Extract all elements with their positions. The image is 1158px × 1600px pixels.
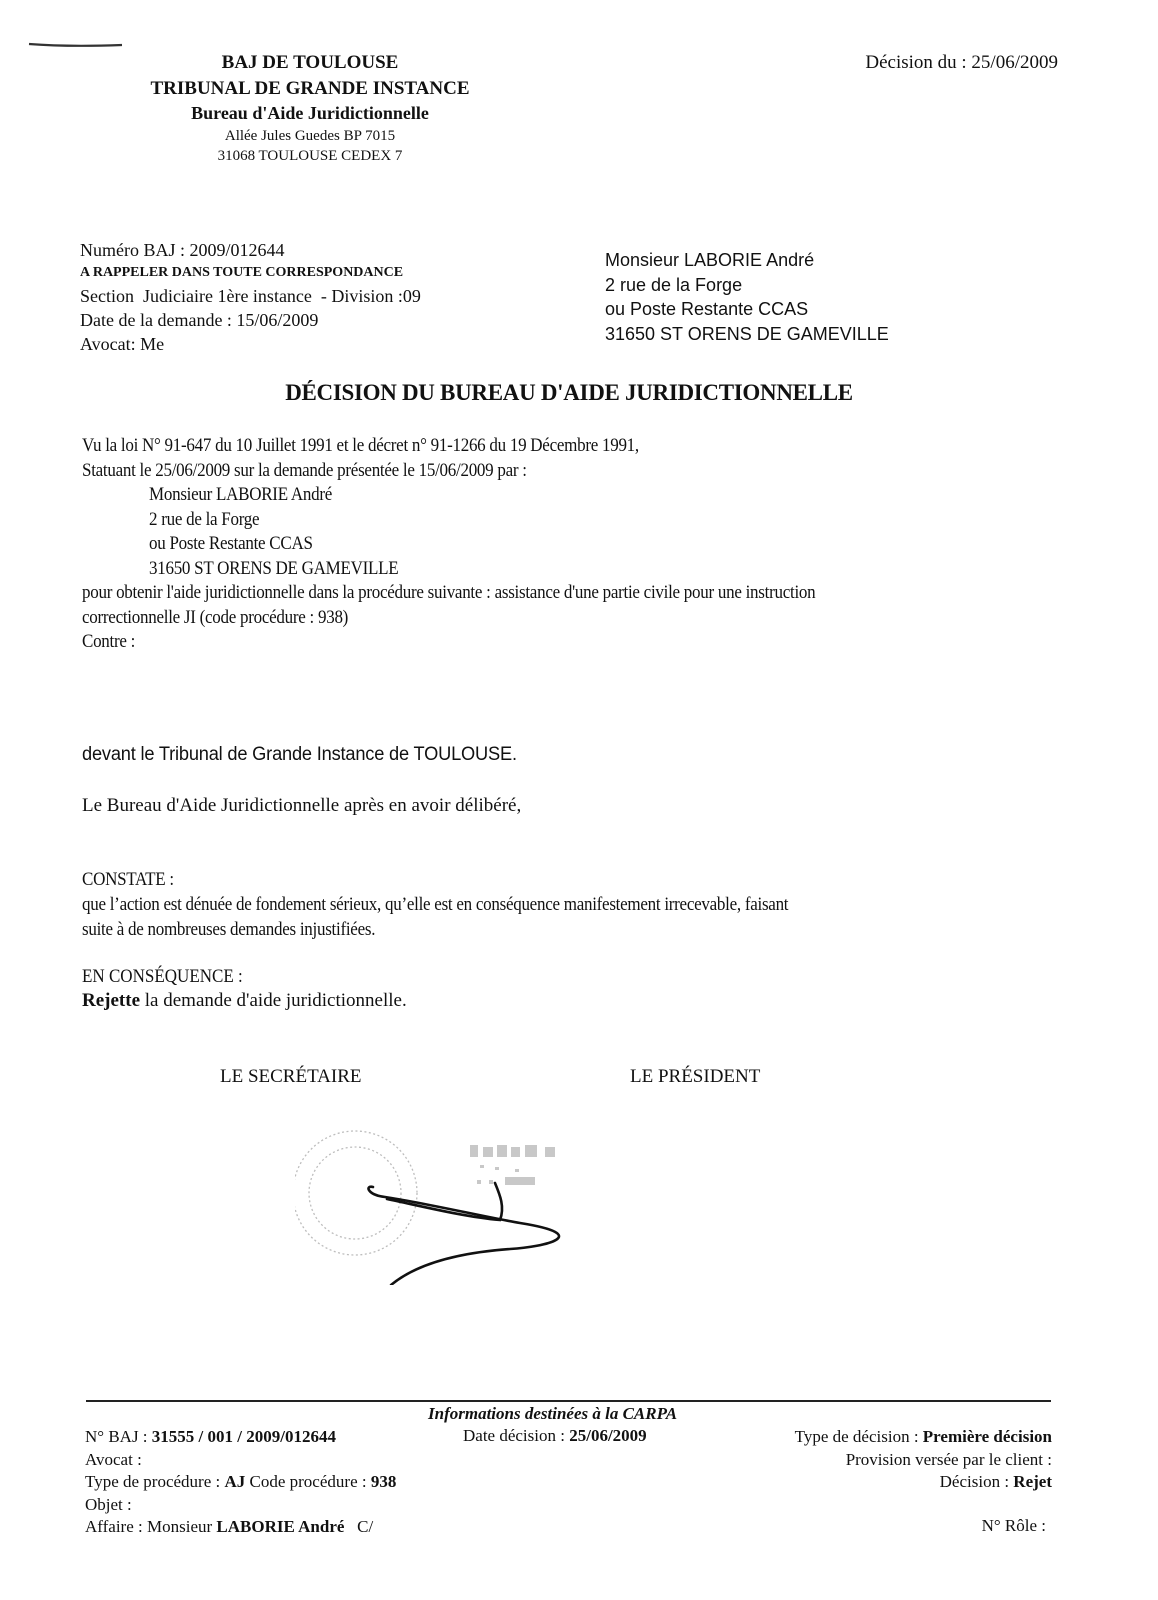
deliberation-line: Le Bureau d'Aide Juridictionnelle après … (82, 795, 521, 817)
issuer-bureau: Bureau d'Aide Juridictionnelle (120, 101, 500, 126)
consequence-heading: EN CONSÉQUENCE : (82, 965, 243, 990)
carpa-title: Informations destinées à la CARPA (428, 1404, 677, 1424)
reference-block: Numéro BAJ : 2009/012644 A RAPPELER DANS… (80, 238, 421, 356)
purpose-line-2: correctionnelle JI (code procédure : 938… (82, 606, 348, 631)
issuer-header: BAJ DE TOULOUSE TRIBUNAL DE GRANDE INSTA… (120, 50, 500, 166)
issuer-name: BAJ DE TOULOUSE (120, 50, 500, 76)
carpa-decision-value: Rejet (1013, 1472, 1052, 1491)
pen-mark (28, 42, 124, 48)
findings-line-1: que l’action est dénuée de fondement sér… (82, 893, 788, 918)
recipient-address: Monsieur LABORIE André 2 rue de la Forge… (605, 248, 889, 346)
decision-date: Décision du : 25/06/2009 (865, 52, 1058, 74)
findings-heading: CONSTATE : (82, 868, 174, 893)
recipient-street: 2 rue de la Forge (605, 273, 889, 298)
document-title-text: DÉCISION DU BUREAU D'AIDE JURIDICTIONNEL… (285, 380, 853, 405)
president-signature-label: LE PRÉSIDENT (630, 1066, 760, 1088)
carpa-role-number: N° Rôle : (982, 1516, 1046, 1536)
legal-basis: Vu la loi N° 91-647 du 10 Juillet 1991 e… (82, 434, 639, 459)
applicant-city: 31650 ST ORENS DE GAMEVILLE (149, 557, 398, 582)
applicant-name: Monsieur LABORIE André (149, 483, 332, 508)
verdict-keyword: Rejette (82, 990, 140, 1011)
carpa-decision: Décision : Rejet (795, 1471, 1052, 1494)
issuer-address: Allée Jules Guedes BP 7015 (120, 126, 500, 146)
carpa-baj-number: N° BAJ : 31555 / 001 / 2009/012644 (85, 1426, 396, 1449)
findings-line-2: suite à de nombreuses demandes injustifi… (82, 918, 375, 943)
carpa-left-column: N° BAJ : 31555 / 001 / 2009/012644 Avoca… (85, 1426, 396, 1539)
footer-divider (86, 1400, 1051, 1402)
recipient-city: 31650 ST ORENS DE GAMEVILLE (605, 322, 889, 347)
issuer-court: TRIBUNAL DE GRANDE INSTANCE (120, 76, 500, 101)
carpa-baj-number-value: 31555 / 001 / 2009/012644 (152, 1427, 336, 1446)
carpa-procedure: Type de procédure : AJ Code procédure : … (85, 1471, 396, 1494)
carpa-object: Objet : (85, 1494, 396, 1517)
carpa-case: Affaire : Monsieur LABORIE André C/ (85, 1516, 396, 1539)
carpa-procedure-type: AJ (224, 1472, 245, 1491)
official-stamp-icon (295, 1131, 417, 1255)
lawyer: Avocat: Me (80, 332, 421, 356)
verdict: Rejette la demande d'aide juridictionnel… (82, 990, 407, 1012)
carpa-decision-type-value: Première décision (923, 1427, 1052, 1446)
findings-section: CONSTATE : que l’action est dénuée de fo… (82, 868, 1072, 943)
carpa-client-provision: Provision versée par le client : (795, 1449, 1052, 1472)
carpa-lawyer: Avocat : (85, 1449, 396, 1472)
request-date: Date de la demande : 15/06/2009 (80, 308, 421, 332)
carpa-decision-date: Date décision : 25/06/2009 (463, 1426, 647, 1446)
verdict-text: la demande d'aide juridictionnelle. (140, 990, 407, 1011)
applicant-street: 2 rue de la Forge (149, 508, 259, 533)
decision-body: Vu la loi N° 91-647 du 10 Juillet 1991 e… (82, 434, 1072, 655)
correspondence-reminder: A RAPPELER DANS TOUTE CORRESPONDANCE (80, 262, 421, 284)
stamp-text-marks (470, 1145, 555, 1185)
recipient-alt-address: ou Poste Restante CCAS (605, 297, 889, 322)
recipient-name: Monsieur LABORIE André (605, 248, 889, 273)
consequence-section: EN CONSÉQUENCE : Rejette la demande d'ai… (82, 965, 407, 1012)
carpa-decision-date-value: 25/06/2009 (569, 1426, 646, 1445)
document-title: DÉCISION DU BUREAU D'AIDE JURIDICTIONNEL… (0, 380, 1158, 406)
purpose-line-1: pour obtenir l'aide juridictionnelle dan… (82, 581, 815, 606)
tribunal-text: devant le Tribunal de Grande Instance de… (82, 744, 517, 766)
carpa-right-column: Type de décision : Première décision Pro… (795, 1426, 1052, 1494)
issuer-city: 31068 TOULOUSE CEDEX 7 (120, 146, 500, 166)
baj-number: Numéro BAJ : 2009/012644 (80, 238, 421, 262)
secretary-signature-label: LE SECRÉTAIRE (220, 1066, 362, 1088)
against-label: Contre : (82, 630, 135, 655)
stamp-and-signature (295, 1125, 615, 1285)
ruling-statement: Statuant le 25/06/2009 sur la demande pr… (82, 459, 527, 484)
section-division: Section Judiciaire 1ère instance - Divis… (80, 284, 421, 308)
carpa-case-party: LABORIE André (216, 1517, 344, 1536)
applicant-alt-address: ou Poste Restante CCAS (149, 532, 313, 557)
tribunal-line: devant le Tribunal de Grande Instance de… (82, 744, 535, 766)
carpa-decision-type: Type de décision : Première décision (795, 1426, 1052, 1449)
carpa-procedure-code: 938 (371, 1472, 397, 1491)
